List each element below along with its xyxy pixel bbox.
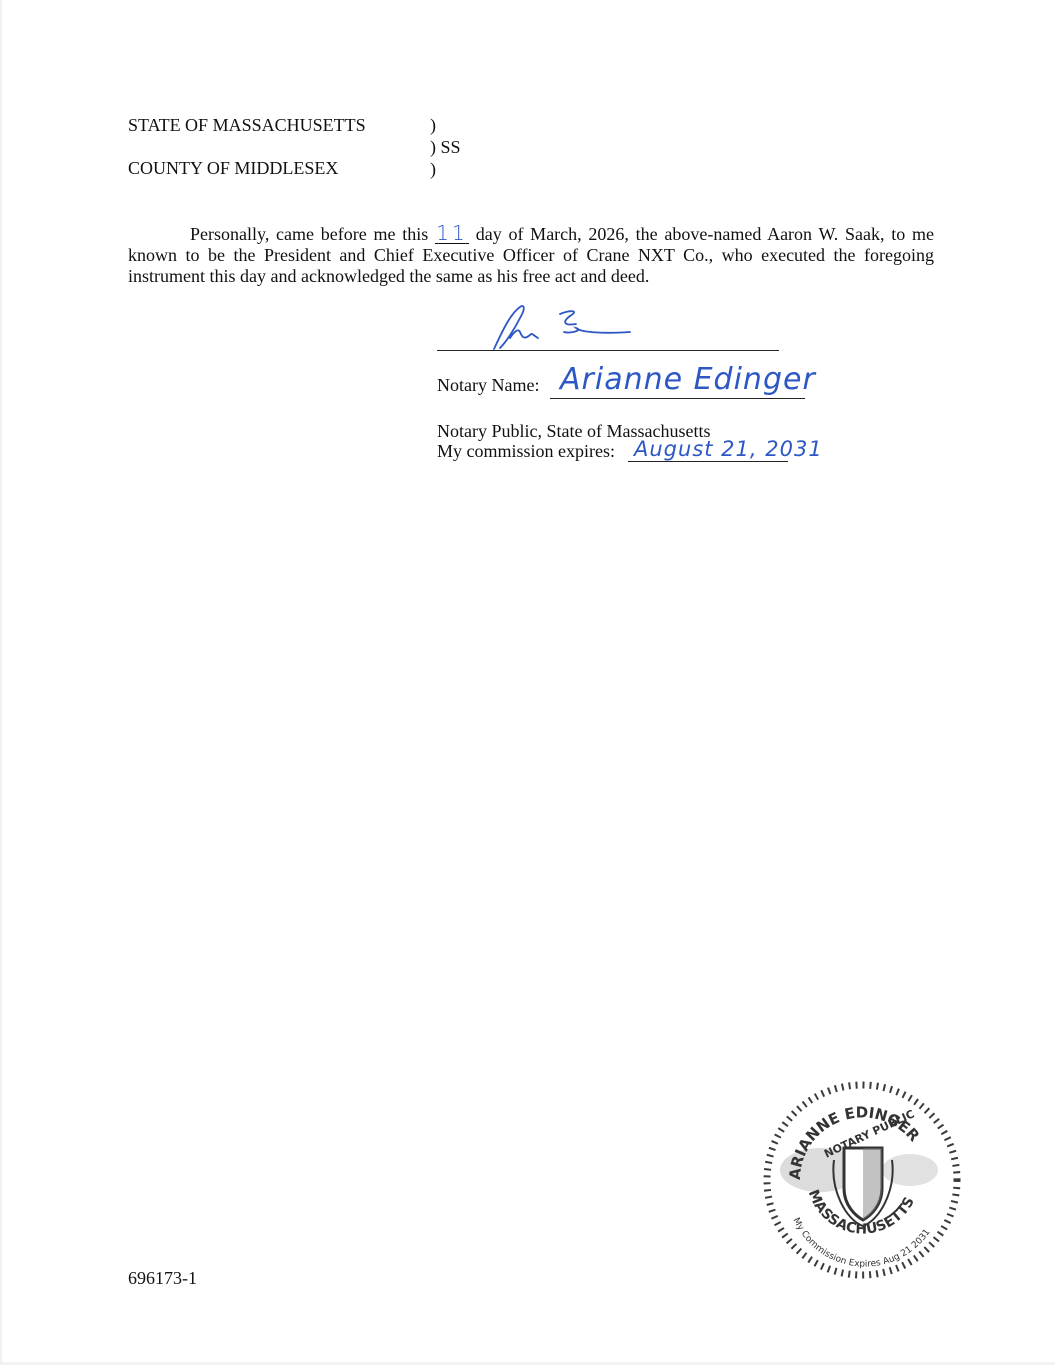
notary-name-label: Notary Name:: [437, 375, 539, 396]
commission-expires-handwritten: August 21, 2031: [634, 436, 823, 462]
commission-expires-line: [628, 461, 788, 462]
signature-line: [437, 350, 779, 351]
venue-county: COUNTY OF MIDDLESEX: [128, 158, 338, 179]
venue-bracket-top: ): [430, 115, 436, 136]
notary-name-handwritten: Arianne Edinger: [560, 362, 816, 398]
day-field: 11: [435, 224, 469, 244]
notary-signature-icon: [480, 302, 650, 352]
venue-state: STATE OF MASSACHUSETTS: [128, 115, 366, 136]
commission-expires-label: My commission expires:: [437, 441, 615, 462]
notary-seal-icon: ARIANNE EDINGER NOTARY PUBLIC MASSACHUSE…: [760, 1070, 965, 1290]
venue-bracket-bottom: ): [430, 159, 436, 180]
ack-text-part1: Personally, came before me this: [190, 224, 428, 244]
document-id: 696173-1: [128, 1268, 197, 1289]
acknowledgment-paragraph: Personally, came before me this 11 day o…: [128, 224, 934, 287]
venue-bracket-ss: ) SS: [430, 137, 461, 158]
notary-name-line: [550, 398, 805, 399]
document-page: STATE OF MASSACHUSETTS ) ) SS COUNTY OF …: [0, 0, 1055, 1365]
day-handwritten: 11: [436, 221, 467, 245]
